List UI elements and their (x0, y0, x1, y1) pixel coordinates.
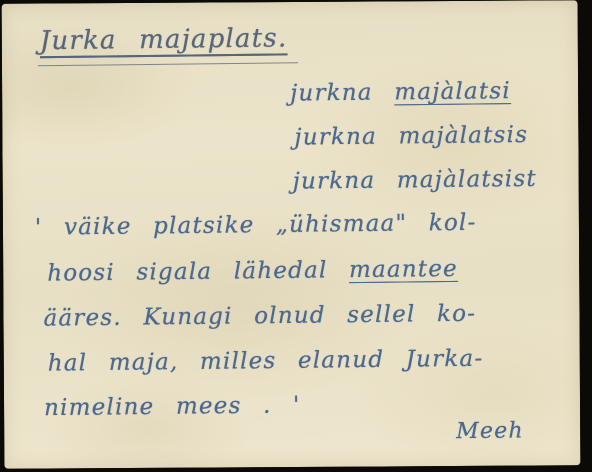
body-line-1: ' väike platsike „ühismaa" kol- (35, 210, 477, 241)
inflection-line-2: jurkna majàlatsis (294, 122, 528, 151)
inflection-word-underlined: majàlatsi (394, 78, 511, 105)
scanned-card-image: Jurka majaplats. jurkna majàlatsi jurkna… (0, 0, 592, 472)
body-line-2-text: hoosi sigala lähedal (47, 257, 328, 286)
card-title: Jurka majaplats. (38, 23, 298, 66)
body-line-2-underlined-word: maantee (349, 256, 458, 283)
signature: Meeh (456, 418, 524, 444)
inflection-line-3: jurkna majàlatsist (293, 166, 537, 195)
index-card: Jurka majaplats. jurkna majàlatsi jurkna… (2, 0, 581, 469)
inflection-word: jurkna (290, 80, 373, 107)
body-line-5: nimeline mees . ' (44, 392, 301, 421)
body-line-4: hal maja, milles elanud Jurka- (48, 346, 484, 377)
body-line-3: ääres. Kunagi olnud sellel ko- (43, 301, 476, 332)
body-line-2: hoosi sigala lähedal maantee (47, 256, 458, 287)
inflection-line-1: jurkna majàlatsi (290, 78, 511, 107)
